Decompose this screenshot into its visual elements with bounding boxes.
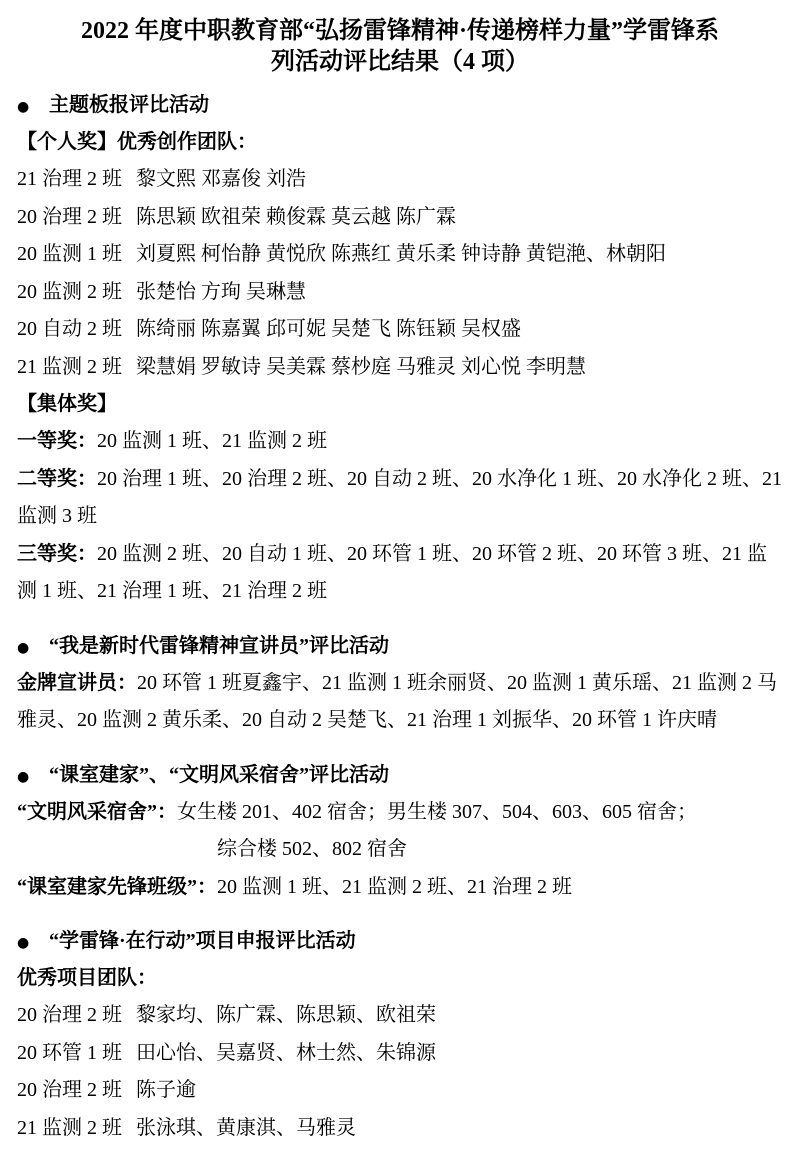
project-team-row: 20 治理 2 班黎家均、陈广霖、陈思颖、欧祖荣: [17, 997, 783, 1035]
project-team-row: 21 监测 2 班张泳琪、黄康淇、马雅灵: [17, 1110, 783, 1148]
section-heading-label: 主题板报评比活动: [49, 88, 209, 122]
section-heading-board-display: ● 主题板报评比活动: [17, 88, 783, 124]
student-names: 陈绮丽 陈嘉翼 邱可妮 吴楚飞 陈钰颖 吴权盛: [136, 318, 521, 340]
civilized-dorm-line: “文明风采宿舍”：女生楼 201、402 宿舍；男生楼 307、504、603、…: [17, 794, 783, 832]
section-heading-project: ● “学雷锋·在行动”项目申报评比活动: [17, 924, 783, 960]
excellent-team-label: 优秀项目团队：: [17, 960, 783, 997]
individual-award-row: 20 自动 2 班陈绮丽 陈嘉翼 邱可妮 吴楚飞 陈钰颖 吴权盛: [17, 311, 783, 349]
civilized-dorm-list-1: 女生楼 201、402 宿舍；男生楼 307、504、603、605 宿舍；: [177, 801, 697, 823]
student-names: 张泳琪、黄康淇、马雅灵: [136, 1117, 356, 1139]
student-names: 刘夏熙 柯怡静 黄悦欣 陈燕红 黄乐柔 钟诗静 黄铠滟、林朝阳: [136, 243, 666, 265]
class-name: 20 治理 2 班: [17, 1079, 122, 1101]
bullet-icon: ●: [17, 760, 49, 794]
class-name: 21 治理 2 班: [17, 168, 122, 190]
individual-award-row: 21 治理 2 班黎文熙 邓嘉俊 刘浩: [17, 161, 783, 199]
bullet-icon: ●: [17, 926, 49, 960]
prize-label: 二等奖：: [17, 468, 97, 490]
project-team-row: 20 治理 2 班陈子逾: [17, 1072, 783, 1110]
first-prize-line: 一等奖：20 监测 1 班、21 监测 2 班: [17, 423, 783, 461]
section-heading-speaker: ● “我是新时代雷锋精神宣讲员”评比活动: [17, 629, 783, 665]
class-name: 21 监测 2 班: [17, 356, 122, 378]
pioneer-classroom-line: “课室建家先锋班级”：20 监测 1 班、21 监测 2 班、21 治理 2 班: [17, 869, 783, 907]
student-names: 梁慧娟 罗敏诗 吴美霖 蔡杪庭 马雅灵 刘心悦 李明慧: [136, 356, 586, 378]
student-names: 田心怡、吴嘉贤、林士然、朱锦源: [136, 1042, 436, 1064]
class-name: 20 监测 2 班: [17, 281, 122, 303]
individual-award-label: 【个人奖】优秀创作团队：: [17, 124, 783, 161]
civilized-dorm-label: “文明风采宿舍”：: [17, 801, 177, 823]
pioneer-classroom-list: 20 监测 1 班、21 监测 2 班、21 治理 2 班: [217, 876, 572, 898]
prize-label: 一等奖：: [17, 430, 97, 452]
section-heading-classroom-dorm: ● “课室建家”、“文明风采宿舍”评比活动: [17, 758, 783, 794]
individual-award-row: 20 治理 2 班陈思颖 欧祖荣 赖俊霖 莫云越 陈广霖: [17, 199, 783, 237]
individual-award-row: 20 监测 2 班张楚怡 方珣 吴琳慧: [17, 274, 783, 312]
student-names: 陈思颖 欧祖荣 赖俊霖 莫云越 陈广霖: [136, 206, 456, 228]
document-page: 2022 年度中职教育部“弘扬雷锋精神·传递榜样力量”学雷锋系 列活动评比结果（…: [0, 0, 800, 1171]
project-team-row: 20 环管 1 班田心怡、吴嘉贤、林士然、朱锦源: [17, 1035, 783, 1073]
class-name: 21 监测 2 班: [17, 1117, 122, 1139]
third-prize-line: 三等奖：20 监测 2 班、20 自动 1 班、20 环管 1 班、20 环管 …: [17, 536, 783, 611]
class-name: 20 自动 2 班: [17, 318, 122, 340]
second-prize-line: 二等奖：20 治理 1 班、20 治理 2 班、20 自动 2 班、20 水净化…: [17, 461, 783, 536]
civilized-dorm-continuation: 综合楼 502、802 宿舍: [17, 831, 783, 869]
pioneer-classroom-label: “课室建家先锋班级”：: [17, 876, 217, 898]
student-names: 张楚怡 方珣 吴琳慧: [136, 281, 306, 303]
individual-award-row: 20 监测 1 班刘夏熙 柯怡静 黄悦欣 陈燕红 黄乐柔 钟诗静 黄铠滟、林朝阳: [17, 236, 783, 274]
bullet-icon: ●: [17, 90, 49, 124]
section-heading-label: “我是新时代雷锋精神宣讲员”评比活动: [49, 629, 389, 663]
individual-award-row: 21 监测 2 班梁慧娟 罗敏诗 吴美霖 蔡杪庭 马雅灵 刘心悦 李明慧: [17, 349, 783, 387]
prize-label: 三等奖：: [17, 543, 97, 565]
section-heading-label: “课室建家”、“文明风采宿舍”评比活动: [49, 758, 389, 792]
class-name: 20 环管 1 班: [17, 1042, 122, 1064]
class-name: 20 监测 1 班: [17, 243, 122, 265]
group-award-label: 【集体奖】: [17, 386, 783, 423]
gold-speaker-label: 金牌宣讲员：: [17, 672, 137, 694]
bullet-icon: ●: [17, 631, 49, 665]
prize-classes: 20 监测 1 班、21 监测 2 班: [97, 430, 327, 452]
prize-classes: 20 治理 1 班、20 治理 2 班、20 自动 2 班、20 水净化 1 班…: [17, 468, 782, 528]
prize-classes: 20 监测 2 班、20 自动 1 班、20 环管 1 班、20 环管 2 班、…: [17, 543, 767, 603]
student-names: 黎家均、陈广霖、陈思颖、欧祖荣: [136, 1004, 436, 1026]
civilized-dorm-list-2: 综合楼 502、802 宿舍: [217, 838, 407, 860]
document-title-line-1: 2022 年度中职教育部“弘扬雷锋精神·传递榜样力量”学雷锋系: [17, 16, 783, 47]
class-name: 20 治理 2 班: [17, 1004, 122, 1026]
document-title-line-2: 列活动评比结果（4 项）: [17, 47, 783, 78]
class-name: 20 治理 2 班: [17, 206, 122, 228]
student-names: 陈子逾: [136, 1079, 196, 1101]
student-names: 黎文熙 邓嘉俊 刘浩: [136, 168, 306, 190]
section-heading-label: “学雷锋·在行动”项目申报评比活动: [49, 924, 356, 958]
gold-speaker-paragraph: 金牌宣讲员：20 环管 1 班夏鑫宇、21 监测 1 班余丽贤、20 监测 1 …: [17, 665, 783, 740]
